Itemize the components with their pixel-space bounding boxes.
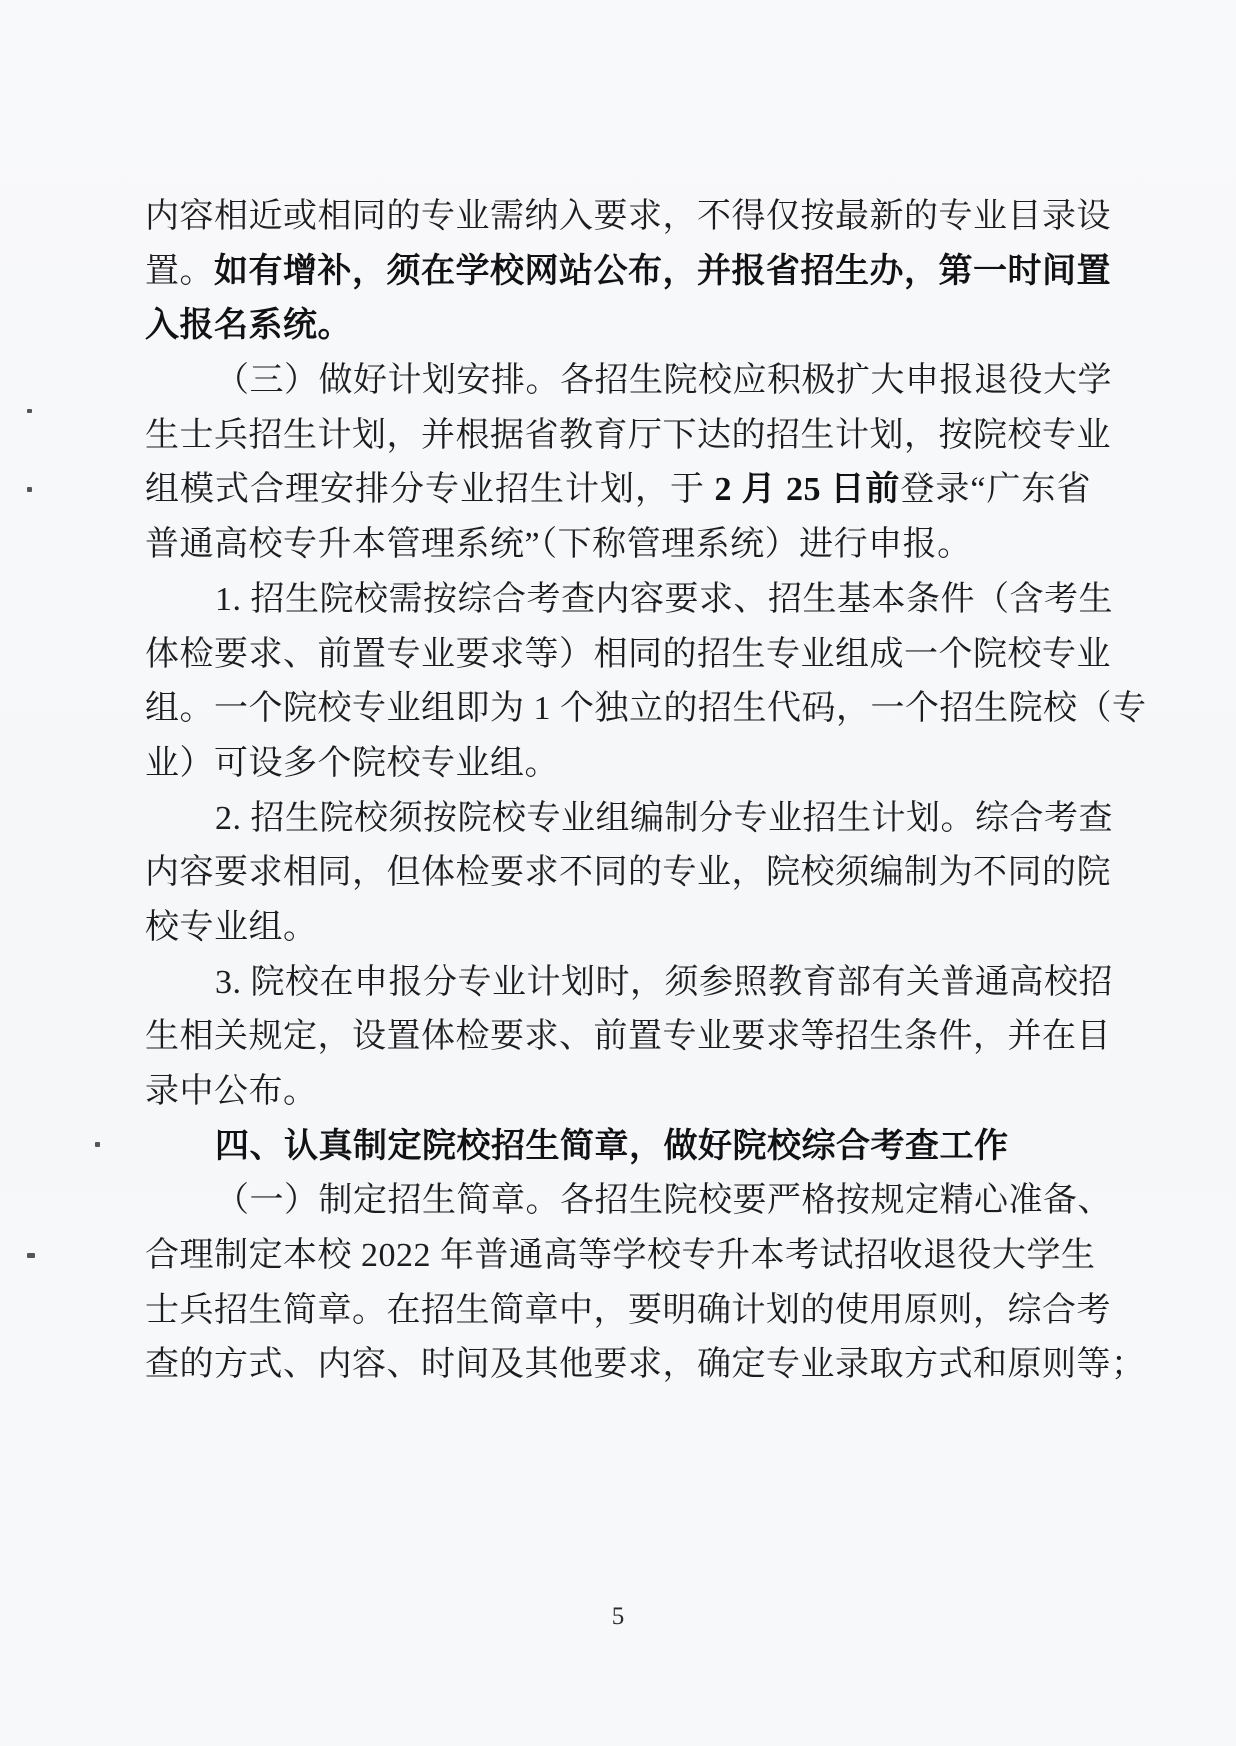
text-line: 业）可设多个院校专业组。 bbox=[145, 737, 1091, 792]
text-line: 查的方式、内容、时间及其他要求，确定专业录取方式和原则等； bbox=[145, 1338, 1091, 1393]
body-text: 2. 招生院校须按院校专业组编制分专业招生计划。综合考查 bbox=[215, 800, 1113, 837]
text-line: 组模式合理安排分专业招生计划，于 2 月 25 日前登录“广东省 bbox=[145, 463, 1091, 518]
text-line: 置。如有增补，须在学校网站公布，并报省招生办，第一时间置 bbox=[145, 245, 1091, 300]
body-text: 合理制定本校 2022 年普通高等学校专升本考试招收退役大学生 bbox=[145, 1237, 1096, 1274]
text-line: 体检要求、前置专业要求等）相同的招生专业组成一个院校专业 bbox=[145, 628, 1091, 683]
text-line: 校专业组。 bbox=[145, 901, 1091, 956]
document-body: 内容相近或相同的专业需纳入要求，不得仅按最新的专业目录设 置。如有增补，须在学校… bbox=[145, 190, 1091, 1393]
body-text: 普通高校专升本管理系统”（下称管理系统）进行申报。 bbox=[145, 526, 972, 563]
ink-speck bbox=[95, 1142, 100, 1147]
text-line: 2. 招生院校须按院校专业组编制分专业招生计划。综合考查 bbox=[145, 792, 1091, 847]
text-line: 普通高校专升本管理系统”（下称管理系统）进行申报。 bbox=[145, 518, 1091, 573]
body-text: 体检要求、前置专业要求等）相同的招生专业组成一个院校专业 bbox=[145, 636, 1111, 673]
text-line: 3. 院校在申报分专业计划时，须参照教育部有关普通高校招 bbox=[145, 956, 1091, 1011]
ink-speck bbox=[27, 409, 32, 413]
text-line: 组。一个院校专业组即为 1 个独立的招生代码，一个招生院校（专 bbox=[145, 682, 1091, 737]
body-text: 内容要求相同，但体检要求不同的专业，院校须编制为不同的院 bbox=[145, 854, 1111, 891]
body-text: 生士兵招生计划，并根据省教育厅下达的招生计划，按院校专业 bbox=[145, 417, 1111, 454]
body-text: 士兵招生简章。在招生简章中，要明确计划的使用原则，综合考 bbox=[145, 1292, 1111, 1329]
body-text: 组模式合理安排分专业招生计划，于 bbox=[145, 471, 714, 508]
page-number: 5 bbox=[0, 1603, 1236, 1631]
body-text: （一）制定招生简章。各招生院校要严格按规定精心准备、 bbox=[215, 1182, 1112, 1219]
text-line: （三）做好计划安排。各招生院校应积极扩大申报退役大学 bbox=[145, 354, 1091, 409]
text-line: 录中公布。 bbox=[145, 1065, 1091, 1120]
text-line: 内容要求相同，但体检要求不同的专业，院校须编制为不同的院 bbox=[145, 846, 1091, 901]
body-text: 录中公布。 bbox=[145, 1073, 318, 1110]
text-line: 合理制定本校 2022 年普通高等学校专升本考试招收退役大学生 bbox=[145, 1229, 1091, 1284]
emphasized-date: 2 月 25 日前 bbox=[714, 471, 900, 508]
body-text: 1. 招生院校需按综合考查内容要求、招生基本条件（含考生 bbox=[215, 581, 1113, 618]
body-text: 查的方式、内容、时间及其他要求，确定专业录取方式和原则等； bbox=[145, 1346, 1146, 1383]
ink-speck bbox=[27, 487, 32, 492]
emphasized-text: 入报名系统。 bbox=[145, 307, 352, 344]
text-line: （一）制定招生简章。各招生院校要严格按规定精心准备、 bbox=[145, 1174, 1091, 1229]
section-heading: 四、认真制定院校招生简章，做好院校综合考查工作 bbox=[145, 1120, 1091, 1175]
text-line: 生士兵招生计划，并根据省教育厅下达的招生计划，按院校专业 bbox=[145, 409, 1091, 464]
body-text: 内容相近或相同的专业需纳入要求，不得仅按最新的专业目录设 bbox=[145, 198, 1111, 235]
text-line: 1. 招生院校需按综合考查内容要求、招生基本条件（含考生 bbox=[145, 573, 1091, 628]
body-text: （三）做好计划安排。各招生院校应积极扩大申报退役大学 bbox=[215, 362, 1112, 399]
body-text: 生相关规定，设置体检要求、前置专业要求等招生条件，并在目 bbox=[145, 1018, 1111, 1055]
body-text: 业）可设多个院校专业组。 bbox=[145, 745, 559, 782]
text-line: 生相关规定，设置体检要求、前置专业要求等招生条件，并在目 bbox=[145, 1010, 1091, 1065]
text-line: 士兵招生简章。在招生简章中，要明确计划的使用原则，综合考 bbox=[145, 1284, 1091, 1339]
emphasized-text: 如有增补，须在学校网站公布，并报省招生办，第一时间置 bbox=[214, 253, 1111, 290]
section-heading-text: 四、认真制定院校招生简章，做好院校综合考查工作 bbox=[215, 1128, 1009, 1165]
body-text: 置。 bbox=[145, 253, 214, 290]
body-text: 3. 院校在申报分专业计划时，须参照教育部有关普通高校招 bbox=[215, 964, 1113, 1001]
text-line: 入报名系统。 bbox=[145, 299, 1091, 354]
scanned-document-page: 内容相近或相同的专业需纳入要求，不得仅按最新的专业目录设 置。如有增补，须在学校… bbox=[0, 0, 1236, 1746]
body-text: 校专业组。 bbox=[145, 909, 318, 946]
body-text: 登录“广东省 bbox=[900, 471, 1091, 508]
ink-speck bbox=[27, 1253, 35, 1258]
body-text: 组。一个院校专业组即为 1 个独立的招生代码，一个招生院校（专 bbox=[145, 690, 1147, 727]
text-line: 内容相近或相同的专业需纳入要求，不得仅按最新的专业目录设 bbox=[145, 190, 1091, 245]
